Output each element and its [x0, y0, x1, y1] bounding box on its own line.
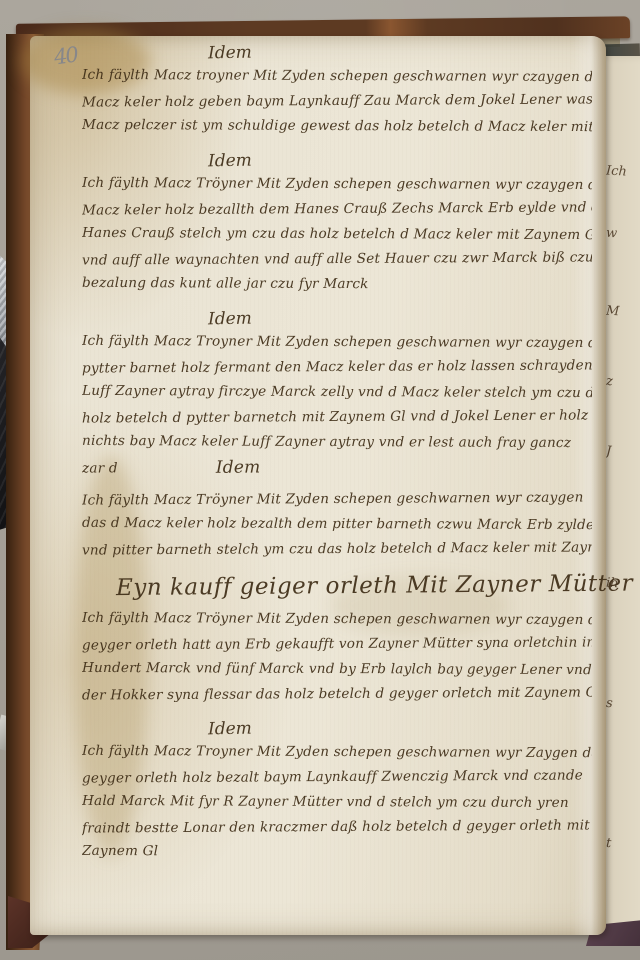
manuscript-line: Luff Zayner aytray firczye Marck zelly v… [82, 379, 592, 406]
manuscript-line: Macz keler holz bezallth dem Hanes Crauß… [82, 195, 592, 223]
facing-page-text-fragment: t [606, 836, 612, 851]
entry-heading-idem: Idem [208, 35, 592, 66]
section-heading: Eyn kauff geiger orleth Mit Zayner Mütte… [116, 567, 592, 605]
manuscript-line: geyger orleth hatt ayn Erb gekaufft von … [82, 630, 592, 658]
facing-page-text-fragment: s [606, 696, 613, 711]
manuscript-text: Idem Ich fäylth Macz troyner Mit Zyden s… [82, 38, 592, 872]
register-entry: Idem Ich fäylth Macz troyner Mit Zyden s… [82, 38, 592, 139]
entry-heading-idem: Idem [208, 301, 592, 332]
manuscript-line: Ich fäylth Macz Tröyner Mit Zyden schepe… [82, 606, 592, 633]
register-entry: Ich fäylth Macz Tröyner Mit Zyden schepe… [82, 487, 592, 562]
manuscript-line: fraindt bestte Lonar den kraczmer daß ho… [82, 813, 592, 841]
entry-heading-idem: Idem [208, 143, 592, 174]
entry-trailer: zar d [82, 456, 118, 481]
register-entry: Idem Ich fäylth Macz Troyner Mit Zyden s… [82, 714, 592, 865]
manuscript-line: Ich fäylth Macz troyner Mit Zyden schepe… [82, 63, 592, 90]
register-entry-sale: Eyn kauff geiger orleth Mit Zayner Mütte… [82, 569, 592, 707]
facing-page-text-fragment: w [606, 226, 618, 242]
facing-page-text-fragment: z [606, 374, 614, 389]
manuscript-line: der Hokker syna flessar das holz betelch… [82, 680, 592, 708]
facing-page-text-fragment: M [606, 304, 620, 320]
manuscript-line: Macz keler holz geben baym Laynkauff Zau… [82, 87, 592, 115]
manuscript-line: Ich fäylth Macz Tröyner Mit Zyden schepe… [82, 485, 592, 513]
manuscript-line: das d Macz keler holz bezalth dem pitter… [82, 511, 592, 538]
manuscript-line: Zaynem Gl [82, 839, 592, 866]
manuscript-line: Hald Marck Mit fyr R Zayner Mütter vnd d… [82, 789, 592, 816]
manuscript-line: holz betelch d pytter barnetch mit Zayne… [82, 403, 592, 431]
manuscript-line: nichts bay Macz keler Luff Zayner aytray… [82, 429, 592, 456]
folio-number: 40 [52, 43, 78, 70]
entry-heading-idem: Idem [208, 711, 592, 742]
manuscript-line: Hanes Crauß stelch ym czu das holz betel… [82, 221, 592, 248]
manuscript-page: 40 Idem Ich fäylth Macz troyner Mit Zyde… [30, 36, 606, 935]
manuscript-line: geyger orleth holz bezalt baym Laynkauff… [82, 763, 592, 791]
manuscript-line: Ich fäylth Macz Tröyner Mit Zyden schepe… [82, 171, 592, 198]
manuscript-line: Macz pelczer ist ym schuldige gewest das… [82, 113, 592, 140]
facing-page-text-fragment: Ich [606, 163, 628, 179]
photo-background: Ich w M z J ih s t 40 Idem Ich fäylth Ma… [0, 0, 640, 960]
manuscript-line: pytter barnet holz fermant den Macz kele… [82, 353, 592, 381]
manuscript-line: Ich fäylth Macz Troyner Mit Zyden schepe… [82, 329, 592, 356]
register-entry: Idem Ich fäylth Macz Troyner Mit Zyden s… [82, 304, 592, 480]
entry-heading-idem: Idem [216, 455, 261, 480]
facing-page-text-fragment: J [606, 444, 612, 459]
manuscript-line: Ich fäylth Macz Troyner Mit Zyden schepe… [82, 739, 592, 766]
manuscript-line: vnd auff alle waynachten vnd auff alle S… [82, 245, 592, 273]
manuscript-line: zar d Idem [82, 453, 592, 481]
register-entry: Idem Ich fäylth Macz Tröyner Mit Zyden s… [82, 146, 592, 297]
manuscript-line: vnd pitter barneth stelch ym czu das hol… [82, 535, 592, 563]
manuscript-line: bezalung das kunt alle jar czu fyr Marck [82, 271, 592, 298]
manuscript-line: Hundert Marck vnd fünf Marck vnd by Erb … [82, 656, 592, 683]
